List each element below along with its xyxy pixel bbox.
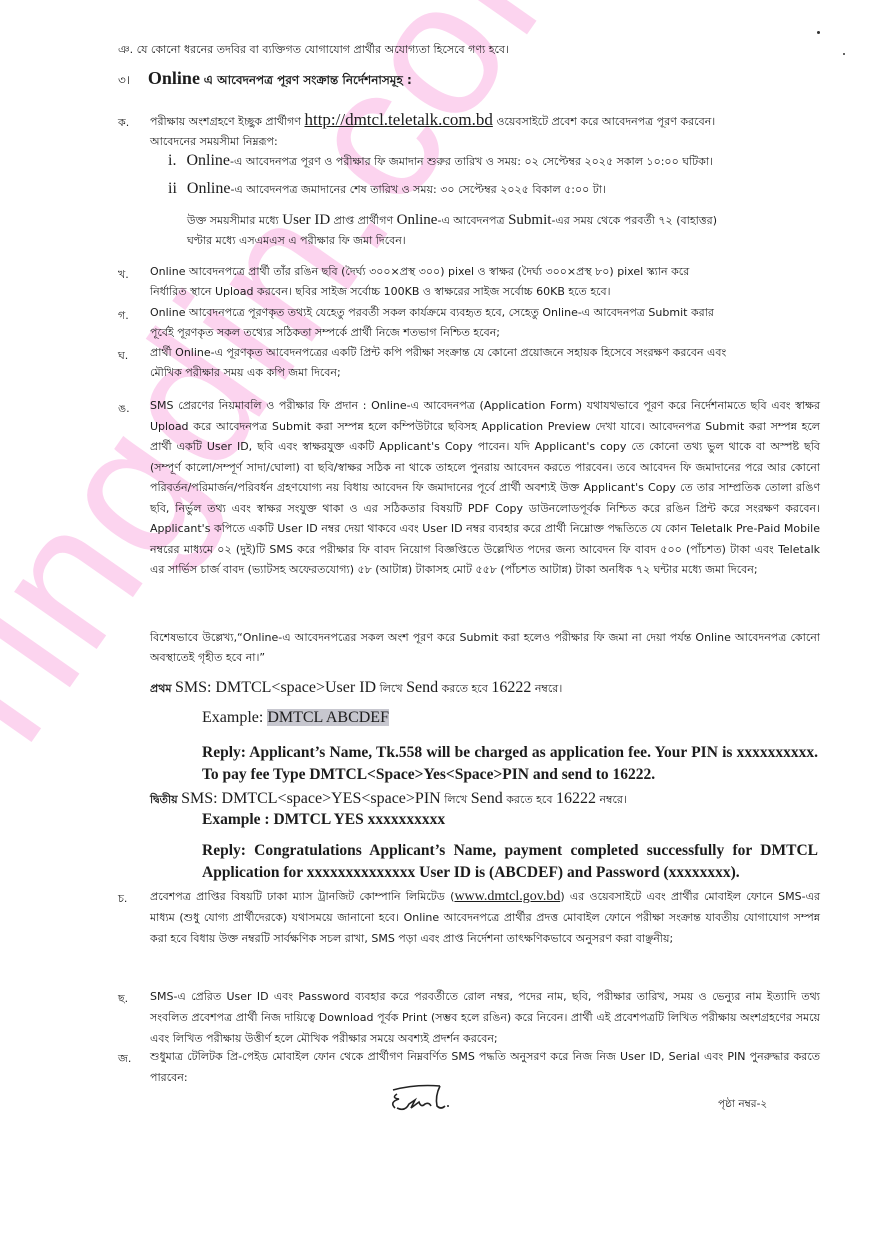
item-ka: পরীক্ষায় অংশগ্রহণে ইচ্ছুক প্রার্থীগণ ht… [150,110,820,152]
scan-speck [817,31,820,34]
item-chha: SMS-এ প্রেরিত User ID এবং Password ব্যবহ… [150,986,820,1049]
section-heading: ৩। Online এ আবেদনপত্র পূরণ সংক্রান্ত নির… [118,68,412,92]
note-text: Submit [508,212,551,228]
item-label-ka: ক. [118,114,129,133]
sub-num: i. [168,152,176,169]
section-title-en: Online [148,68,200,88]
document-page: ringdin.com ঞ. যে কোনো ধরনের তদবির বা ব্… [0,0,870,1233]
item-gha: প্রার্থী Online-এ পূরণকৃত আবেদনপত্রের এক… [150,343,820,383]
sms-number: 16222 [491,679,531,696]
gha-text: প্রার্থী Online-এ পূরণকৃত আবেদনপত্রের এক… [150,346,726,359]
item-nyo: ঞ. যে কোনো ধরনের তদবির বা ব্যক্তিগত যোগা… [118,40,509,60]
item-label-chha: ছ. [118,990,128,1009]
sub-item-ii: iiOnline-এ আবেদনপত্র জমাদানের শেষ তারিখ … [168,179,606,200]
item-label-cha: চ. [118,890,127,909]
ka-text: ওয়েবসাইটে প্রবেশ করে আবেদনপত্র পূরণ করব… [496,115,715,128]
section-title-bn: এ আবেদনপত্র পূরণ সংক্রান্ত নির্দেশনাসমূহ… [204,73,412,87]
sms-command: SMS: DMTCL<space>User ID [175,679,376,696]
item-ja: শুধুমাত্র টেলিটক প্রি-পেইড মোবাইল ফোন থে… [150,1046,820,1088]
sms-text: করতে হবে [506,793,552,806]
ka-text: আবেদনের সময়সীমা নিম্নরূপ: [150,135,278,148]
note-text: User ID [282,212,330,228]
sms-text: নম্বরে। [535,682,562,695]
ga-text: Online আবেদনপত্রে পূরণকৃত তথ্যই যেহেতু প… [150,306,714,319]
sms2-instruction: দ্বিতীয় SMS: DMTCL<space>YES<space>PIN … [150,789,627,810]
section-number: ৩। [118,73,130,87]
sms-label: প্রথম [150,682,171,695]
ka-text: পরীক্ষায় অংশগ্রহণে ইচ্ছুক প্রার্থীগণ [150,115,301,128]
dmtcl-website-link[interactable]: www.dmtcl.gov.bd [454,889,560,904]
ga-text: পূর্বেই পূরণকৃত সকল তথ্যের সঠিকতা সম্পর্… [150,326,500,339]
item-label: ঞ. [118,43,133,56]
example-label: Example: [202,709,263,726]
gha-text: মৌখিক পরীক্ষার সময় এক কপি জমা দিবেন; [150,366,341,379]
item-label-kha: খ. [118,266,129,285]
sub-bn: -এ আবেদনপত্র জমাদানের শেষ তারিখ ও সময়: … [230,183,606,196]
example-value: DMTCL ABCDEF [267,709,389,726]
sub-en: Online [187,180,231,197]
sms-label: দ্বিতীয় [150,793,178,806]
note-text: প্রাপ্ত প্রার্থীগণ [334,214,393,227]
item-label-ga: গ. [118,307,129,326]
sms-text: Send [471,790,503,807]
note-text: ঘণ্টার মধ্যে এসএমএস এ পরীক্ষার ফি জমা দি… [187,234,406,247]
sms-number: 16222 [556,790,596,807]
kha-text: নির্ধারিত স্থানে Upload করবেন। ছবির সাইজ… [150,285,611,298]
item-kha: Online আবেদনপত্রে প্রার্থী তাঁর রঙিন ছবি… [150,262,820,302]
item-uma-paragraph: SMS প্রেরণের নিয়মাবলি ও পরীক্ষার ফি প্র… [150,396,820,581]
cha-text: প্রবেশপত্র প্রাপ্তির বিষয়টি ঢাকা ম্যাস … [150,890,454,903]
website-link[interactable]: http://dmtcl.teletalk.com.bd [304,110,492,129]
deadline-note: উক্ত সময়সীমার মধ্যে User ID প্রাপ্ত প্র… [187,210,817,251]
note-text: -এ আবেদনপত্র [437,214,504,227]
sms1-instruction: প্রথম SMS: DMTCL<space>User ID লিখে Send… [150,678,562,699]
sub-bn: -এ আবেদনপত্র পূরণ ও পরীক্ষার ফি জমাদান শ… [230,155,713,168]
sms-text: লিখে [380,682,403,695]
sms-text: নম্বরে। [599,793,626,806]
special-note: বিশেষভাবে উল্লেখ্য,“Online-এ আবেদনপত্রের… [150,628,820,668]
note-text: উক্ত সময়সীমার মধ্যে [187,214,279,227]
sms2-example: Example : DMTCL YES xxxxxxxxxx [202,811,445,829]
sms-text: করতে হবে [442,682,488,695]
item-label-gha: ঘ. [118,347,128,366]
note-text: -এর সময় থেকে পরবর্তী ৭২ (বাহাত্তর) [551,214,717,227]
sms2-reply: Reply: Congratulations Applicant’s Name,… [202,840,818,884]
sms-text: Send [406,679,438,696]
item-label-uma: ঙ. [118,400,130,419]
sub-en: Online [186,152,230,169]
signature-scribble-icon [385,1082,455,1117]
sub-item-i: i.Online-এ আবেদনপত্র পূরণ ও পরীক্ষার ফি … [168,151,713,172]
sms1-example: Example: DMTCL ABCDEF [202,709,389,727]
sub-num: ii [168,180,177,197]
sms-text: লিখে [444,793,467,806]
item-label-ja: জ. [118,1050,131,1069]
sms-command: SMS: DMTCL<space>YES<space>PIN [181,790,441,807]
signature [385,1082,455,1121]
page-number: পৃষ্ঠা নম্বর-২ [718,1094,767,1114]
item-cha: প্রবেশপত্র প্রাপ্তির বিষয়টি ঢাকা ম্যাস … [150,886,820,949]
item-ga: Online আবেদনপত্রে পূরণকৃত তথ্যই যেহেতু প… [150,303,820,343]
kha-text: Online আবেদনপত্রে প্রার্থী তাঁর রঙিন ছবি… [150,265,689,278]
item-text: যে কোনো ধরনের তদবির বা ব্যক্তিগত যোগাযোগ… [137,43,509,56]
sms1-reply: Reply: Applicant’s Name, Tk.558 will be … [202,742,818,786]
scan-speck [843,53,845,55]
note-text: Online [397,212,438,228]
